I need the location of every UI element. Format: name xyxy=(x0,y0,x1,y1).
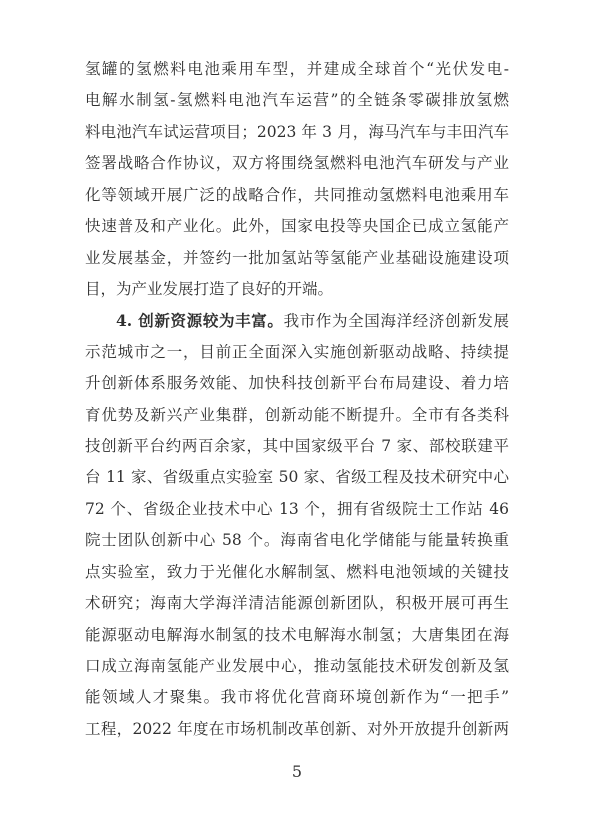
body-text: 氢罐的氢燃料电池乘用车型，并建成全球首个“光伏发电- 电解水制氢-氢燃料电池汽车… xyxy=(85,54,509,745)
text-line: 业发展基金，并签约一批加氢站等氢能产业基础设施建设项 xyxy=(85,243,509,274)
text-line: 能源驱动电解海水制氢的技术电解海水制氢；大唐集团在海 xyxy=(85,620,509,651)
text-line: 点实验室，致力于光催化水解制氢、燃料电池领域的关键技 xyxy=(85,557,509,588)
text-line: 术研究；海南大学海洋清洁能源创新团队，积极开展可再生 xyxy=(85,588,509,619)
text-line: 电解水制氢-氢燃料电池汽车运营”的全链条零碳排放氢燃 xyxy=(85,85,509,116)
text-line: 目，为产业发展打造了良好的开端。 xyxy=(85,274,509,305)
text-line: 化等领域开展广泛的战略合作，共同推动氢燃料电池乘用车 xyxy=(85,180,509,211)
text-line: 72 个、省级企业技术中心 13 个，拥有省级院士工作站 46 个、 xyxy=(85,494,509,525)
paragraph-4-innovation-resources: 4. 创新资源较为丰富。我市作为全国海洋经济创新发展 示范城市之一，目前正全面深… xyxy=(85,305,509,745)
text-line: 育优势及新兴产业集群，创新动能不断提升。全市有各类科 xyxy=(85,400,509,431)
paragraph-continuation: 氢罐的氢燃料电池乘用车型，并建成全球首个“光伏发电- 电解水制氢-氢燃料电池汽车… xyxy=(85,54,509,305)
text-line: 签署战略合作协议，双方将围绕氢燃料电池汽车研发与产业 xyxy=(85,148,509,179)
text-line: 氢罐的氢燃料电池乘用车型，并建成全球首个“光伏发电- xyxy=(85,54,509,85)
text-line: 口成立海南氢能产业发展中心，推动氢能技术研发创新及氢 xyxy=(85,651,509,682)
paragraph-heading: 4. 创新资源较为丰富。 xyxy=(116,311,284,330)
document-page: 氢罐的氢燃料电池乘用车型，并建成全球首个“光伏发电- 电解水制氢-氢燃料电池汽车… xyxy=(0,0,590,830)
text-line: 快速普及和产业化。此外，国家电投等央国企已成立氢能产 xyxy=(85,211,509,242)
heading-line-rest: 我市作为全国海洋经济创新发展 xyxy=(284,312,509,330)
text-line: 技创新平台约两百余家，其中国家级平台 7 家、部校联建平 xyxy=(85,431,509,462)
text-line: 升创新体系服务效能、加快科技创新平台布局建设、着力培 xyxy=(85,368,509,399)
text-line: 能领域人才聚集。我市将优化营商环境创新作为“一把手” xyxy=(85,682,509,713)
text-line: 示范城市之一，目前正全面深入实施创新驱动战略、持续提 xyxy=(85,337,509,368)
page-number: 5 xyxy=(85,760,509,784)
text-line: 4. 创新资源较为丰富。我市作为全国海洋经济创新发展 xyxy=(85,305,509,336)
text-line: 院士团队创新中心 58 个。海南省电化学储能与能量转换重 xyxy=(85,525,509,556)
text-line: 台 11 家、省级重点实验室 50 家、省级工程及技术研究中心 xyxy=(85,462,509,493)
text-line: 料电池汽车试运营项目；2023 年 3 月，海马汽车与丰田汽车 xyxy=(85,117,509,148)
text-line: 工程，2022 年度在市场机制改革创新、对外开放提升创新两 xyxy=(85,714,509,745)
